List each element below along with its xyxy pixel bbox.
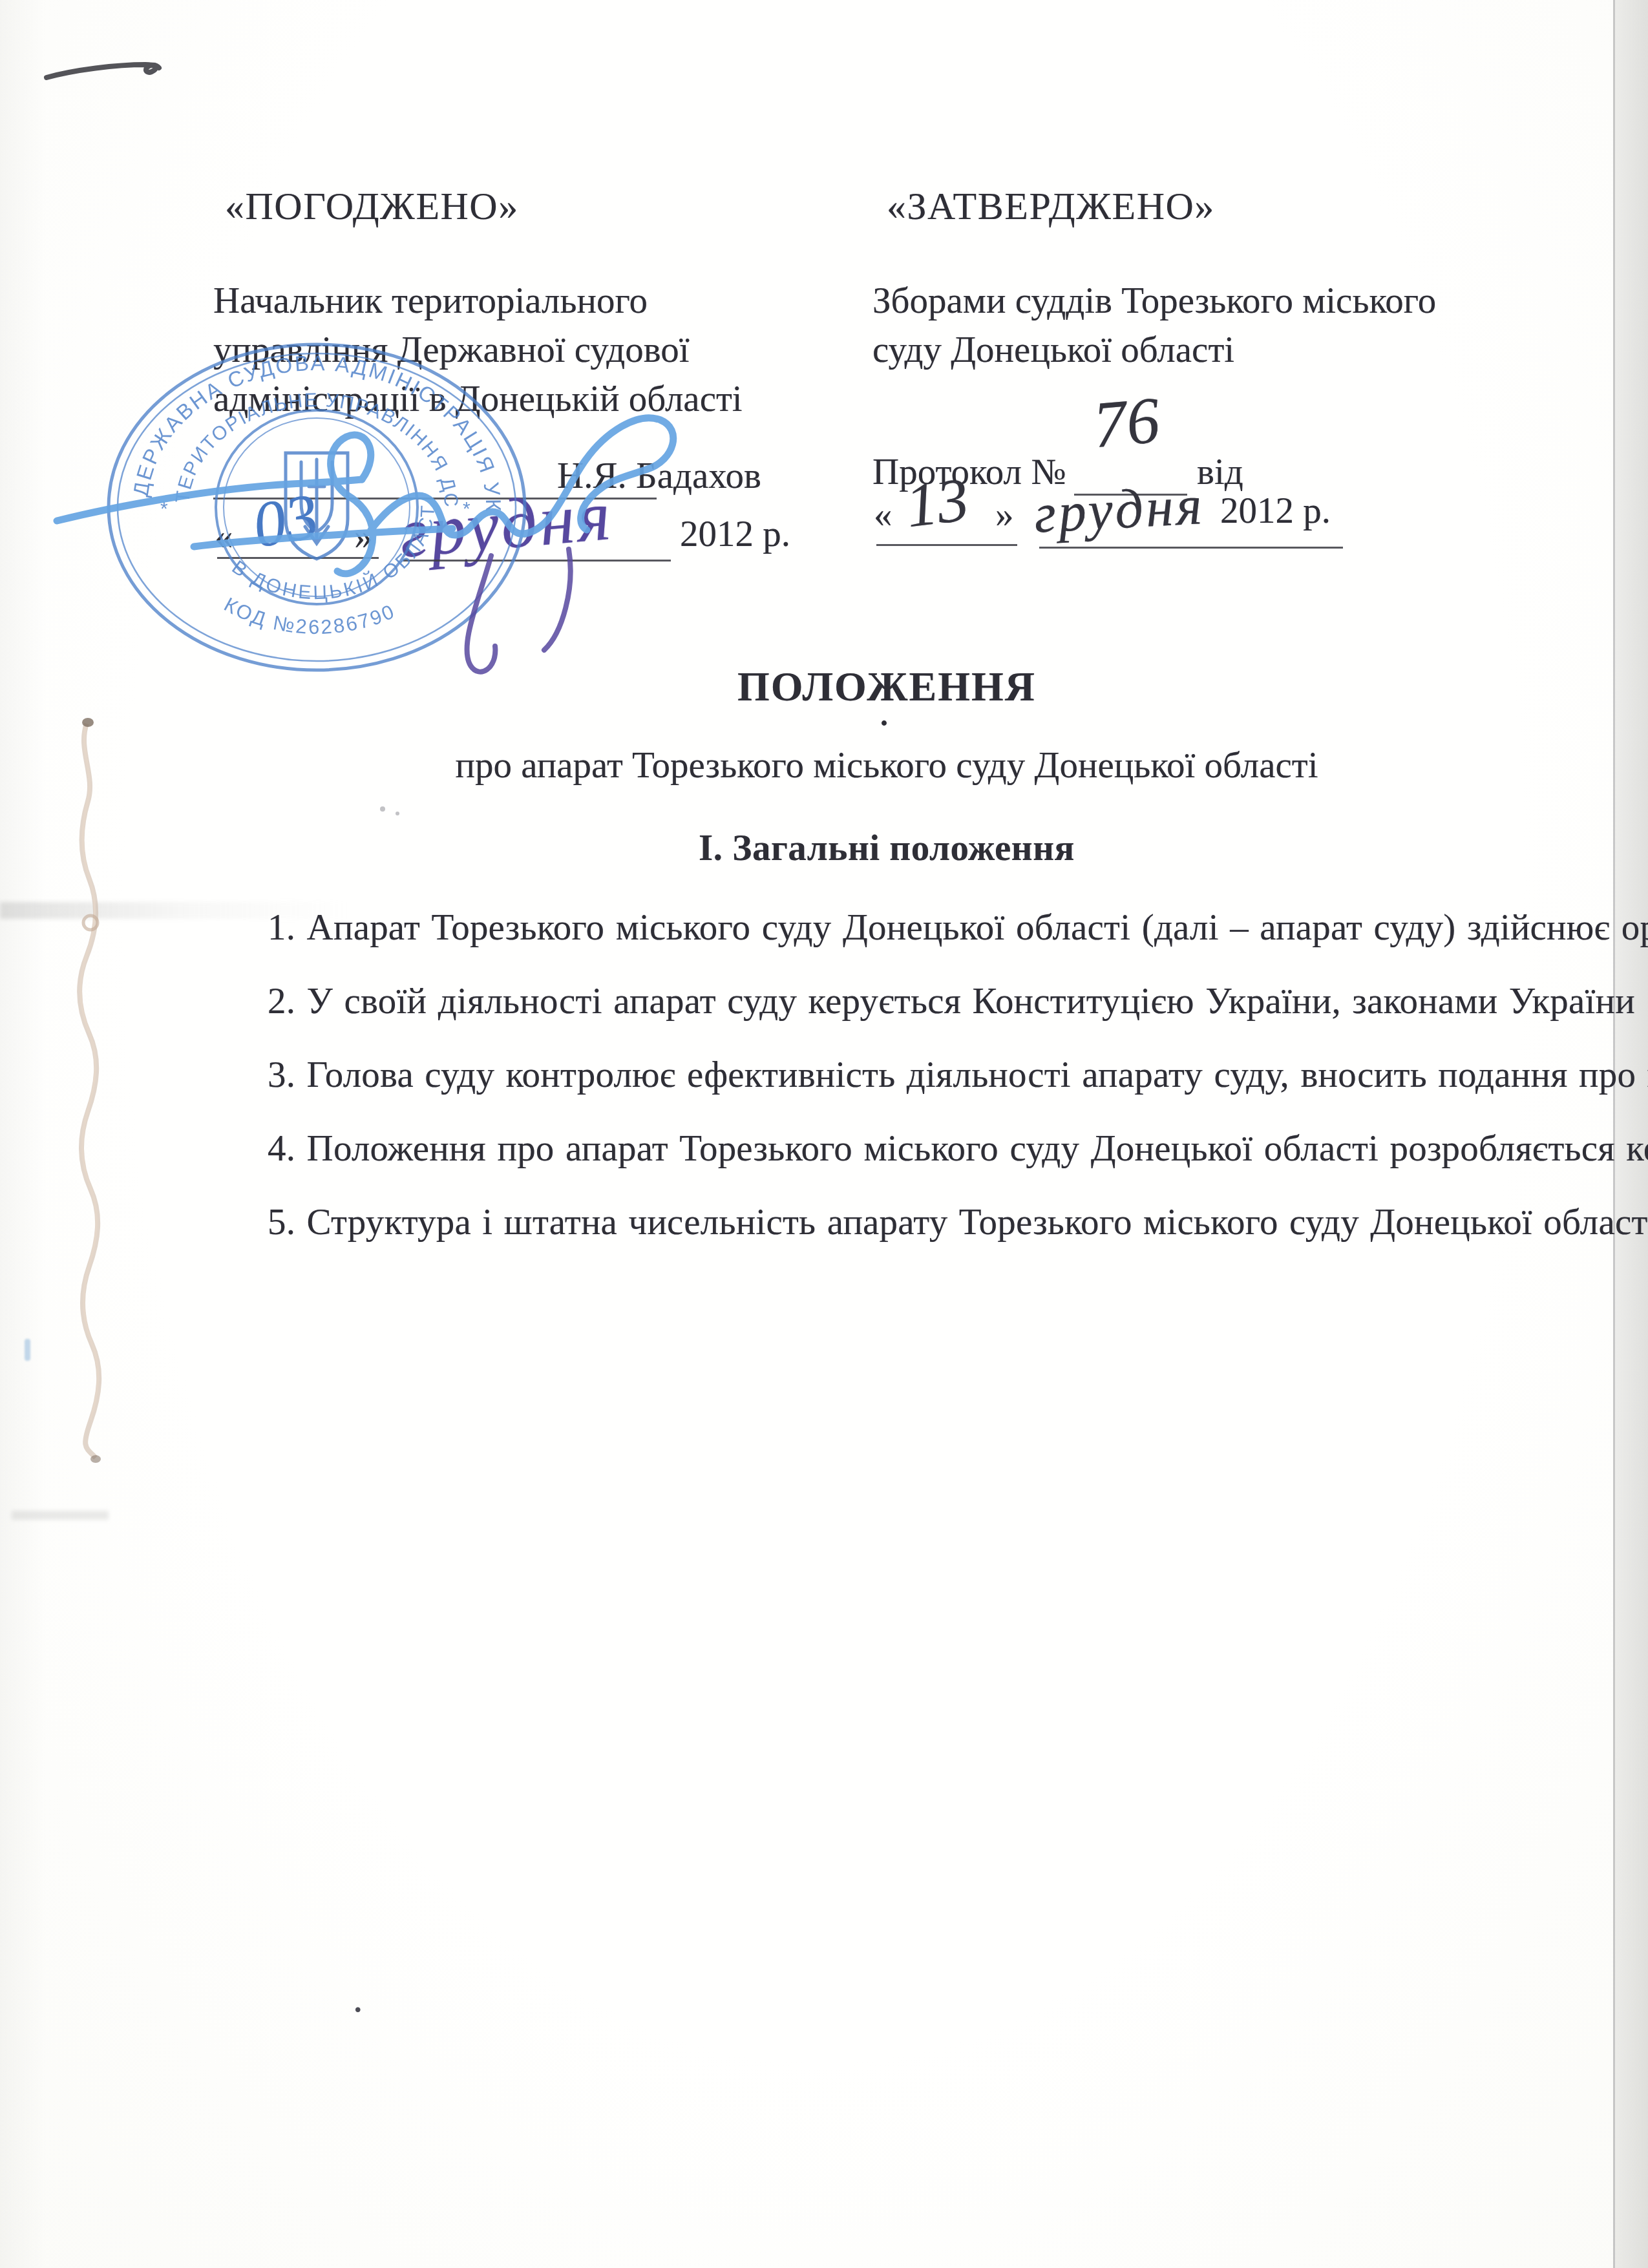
stray-ink-dot: . — [354, 1985, 362, 2019]
paragraph-3: 3. Голова суду контролює ефективність ді… — [194, 1051, 1505, 1100]
paragraph-2: 2. У своїй діяльності апарат суду керуєт… — [194, 977, 1505, 1026]
right-date-year: 2012 р. — [1220, 490, 1331, 532]
paragraph-4: 4. Положення про апарат Торезького міськ… — [194, 1124, 1505, 1173]
approval-label-right: «ЗАТВЕРДЖЕНО» — [887, 184, 1215, 229]
document-subtitle: про апарат Торезького міського суду Доне… — [194, 744, 1579, 786]
title-dot: . — [880, 698, 888, 733]
body-paragraphs: 1. Апарат Торезького міського суду Донец… — [194, 903, 1505, 1272]
right-date-day-line — [876, 544, 1017, 546]
right-approver-lines: Зборами суддів Торезького міського суду … — [872, 277, 1436, 375]
section-heading: І. Загальні положення — [194, 827, 1579, 869]
paragraph-1: 1. Апарат Торезького міського суду Донец… — [194, 903, 1505, 952]
scan-crease-small — [12, 1511, 109, 1520]
dust-speck — [380, 806, 385, 812]
protocol-number-handwritten: 76 — [1090, 383, 1163, 463]
right-date-month-line — [1039, 547, 1343, 549]
right-date-open-quote: « — [874, 494, 893, 536]
paragraph-5: 5. Структура і штатна чисельність апарат… — [194, 1198, 1505, 1247]
right-date-month-handwritten: грудня — [1033, 472, 1206, 546]
right-date-close-quote: » — [995, 494, 1014, 536]
right-date-day-handwritten: 13 — [902, 463, 973, 542]
protocol-suffix: від — [1197, 451, 1243, 493]
dust-speck — [396, 812, 399, 815]
scanned-document-page: «ПОГОДЖЕНО» «ЗАТВЕРДЖЕНО» Начальник тери… — [0, 0, 1648, 2268]
